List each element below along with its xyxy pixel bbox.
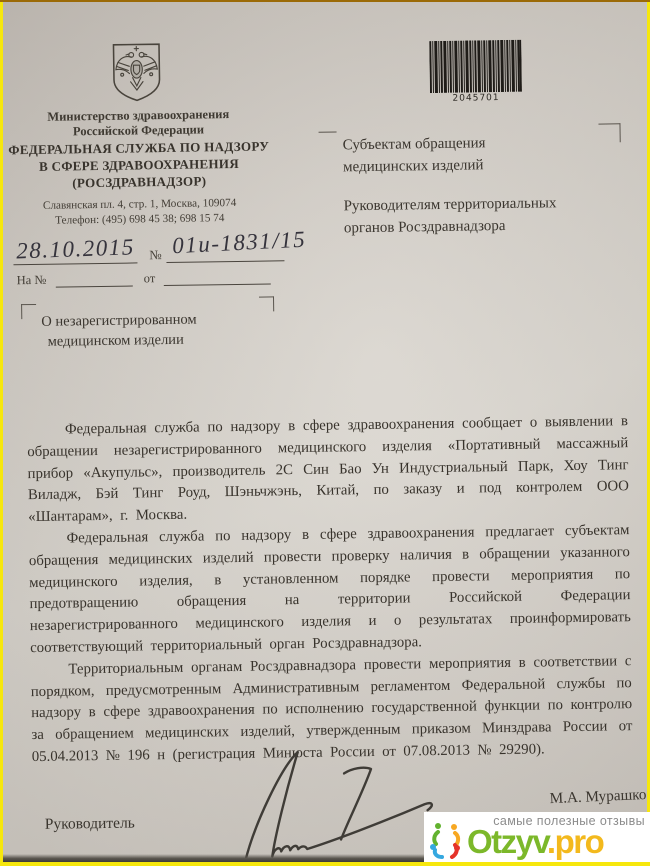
coat-of-arms-icon xyxy=(109,42,164,103)
otzyv-logo-primary: Otzyv xyxy=(467,823,547,860)
subject-line: О незарегистрированном xyxy=(41,310,197,332)
ministry-line-2: Российской Федерации xyxy=(6,121,270,139)
addressee-corner-mark-left xyxy=(319,131,337,132)
ministry-name: Министерство здравоохранения Российской … xyxy=(6,106,270,139)
addressee-corner-mark-right xyxy=(598,123,620,142)
subject-line: медицинском изделии xyxy=(41,330,197,352)
subject-corner-mark-right xyxy=(259,296,274,311)
service-name: ФЕДЕРАЛЬНАЯ СЛУЖБА ПО НАДЗОРУ В СФЕРЕ ЗД… xyxy=(3,137,279,192)
barcode-number: 2045701 xyxy=(430,93,522,104)
document-paper: Министерство здравоохранения Российской … xyxy=(3,2,647,862)
addressee-line: Руководителям территориальных xyxy=(343,192,556,217)
number-blank-line xyxy=(166,260,284,263)
barcode-image xyxy=(429,40,522,93)
document-content: Министерство здравоохранения Российской … xyxy=(3,2,647,862)
addressee-block-1: Субъектам обращения медицинских изделий xyxy=(343,132,486,178)
letterhead-contacts: Славянская пл. 4, стр. 1, Москва, 109074… xyxy=(8,195,272,229)
frame-top-line xyxy=(0,0,650,2)
reply-number-label: На № xyxy=(17,273,47,288)
addressee-line: органов Росздравнадзора xyxy=(344,214,557,239)
reply-number-blank-line xyxy=(56,286,133,288)
number-sign-label: № xyxy=(149,247,162,263)
reply-from-blank-line xyxy=(164,283,271,286)
watermark-banner[interactable]: самые полезные отзывы Otzyv.pro xyxy=(424,812,650,862)
otzyv-logo-text: Otzyv.pro xyxy=(467,825,603,858)
body-paragraph-1: Федеральная служба по надзору в сфере зд… xyxy=(27,411,630,529)
photo-frame: Министерство здравоохранения Российской … xyxy=(0,0,650,866)
reply-from-label: от xyxy=(144,271,156,286)
otzyv-logo-icon xyxy=(426,821,464,859)
letter-body: Федеральная служба по надзору в сфере зд… xyxy=(27,411,633,769)
signer-title: Руководитель xyxy=(45,815,135,834)
handwritten-outgoing-number: 01и-1831/15 xyxy=(172,227,307,260)
addressee-line: Субъектам обращения xyxy=(343,132,486,156)
subject-block: О незарегистрированном медицинском издел… xyxy=(41,310,197,352)
subject-corner-mark-left xyxy=(21,304,36,319)
handwritten-date: 28.10.2015 xyxy=(16,234,135,264)
otzyv-logo-suffix: .pro xyxy=(547,823,603,860)
addressee-block-2: Руководителям территориальных органов Ро… xyxy=(343,192,556,239)
addressee-line: медицинских изделий xyxy=(343,154,486,178)
body-paragraph-2: Федеральная служба по надзору в сфере зд… xyxy=(28,520,631,660)
signer-name: М.А. Мурашко xyxy=(508,786,647,810)
